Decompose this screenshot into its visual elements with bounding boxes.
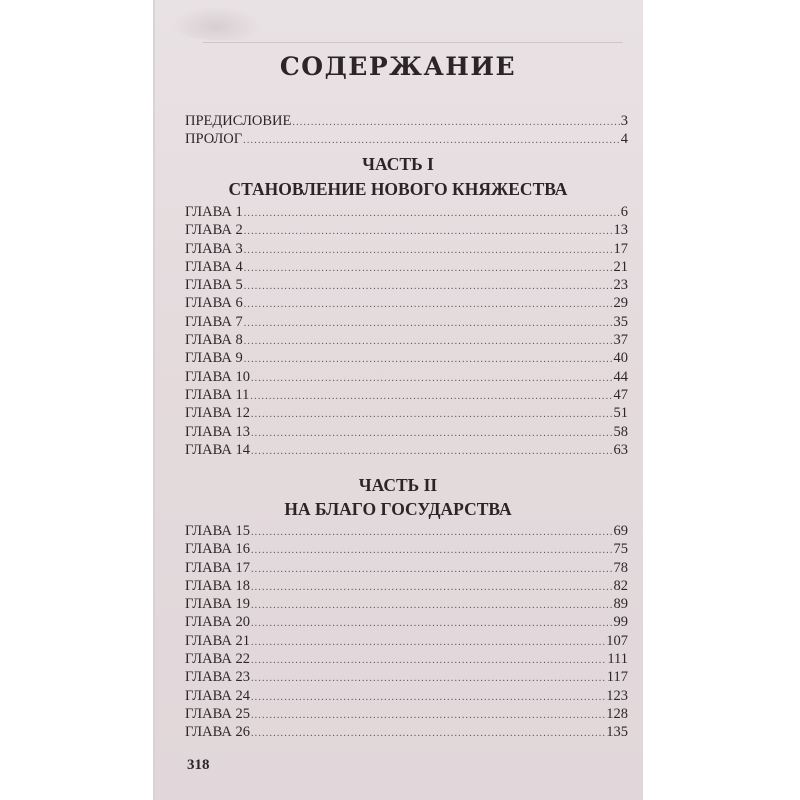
toc-entry[interactable]: ГЛАВА 1251 — [185, 404, 628, 422]
toc-entry-label: ГЛАВА 9 — [185, 349, 243, 367]
toc-entry[interactable]: ГЛАВА 523 — [185, 276, 628, 294]
book-page: СОДЕРЖАНИЕ ПРЕДИСЛОВИЕ3ПРОЛОГ4 ЧАСТЬ I С… — [153, 0, 643, 800]
dot-leader — [251, 689, 605, 707]
dot-leader — [251, 725, 605, 743]
toc-entry[interactable]: ГЛАВА 1044 — [185, 368, 628, 386]
dot-leader — [251, 561, 613, 579]
header-rule — [203, 42, 623, 43]
toc-entry-label: ГЛАВА 12 — [185, 404, 250, 422]
toc-entry-page: 117 — [607, 668, 628, 686]
toc-entry-page: 89 — [614, 595, 629, 613]
toc-entry[interactable]: ГЛАВА 16 — [185, 203, 628, 221]
dot-leader — [251, 652, 606, 670]
dot-leader — [251, 370, 613, 388]
toc-entry-label: ГЛАВА 4 — [185, 258, 243, 276]
toc-entry-page: 4 — [621, 130, 628, 148]
toc-entry-label: ГЛАВА 13 — [185, 423, 250, 441]
toc-entry-label: ГЛАВА 23 — [185, 668, 250, 686]
toc-entry-label: ГЛАВА 7 — [185, 313, 243, 331]
toc-entry-label: ГЛАВА 18 — [185, 577, 250, 595]
toc-entry-page: 111 — [607, 650, 628, 668]
toc-entry-label: ГЛАВА 17 — [185, 559, 250, 577]
toc-entry-label: ГЛАВА 14 — [185, 441, 250, 459]
page-title: СОДЕРЖАНИЕ — [153, 52, 643, 81]
toc-entry[interactable]: ГЛАВА 26135 — [185, 723, 628, 741]
toc-entry[interactable]: ГЛАВА 1989 — [185, 595, 628, 613]
toc-entry-label: ГЛАВА 15 — [185, 522, 250, 540]
dot-leader — [251, 707, 605, 725]
toc-entry-page: 40 — [614, 349, 629, 367]
toc-entry[interactable]: ГЛАВА 735 — [185, 313, 628, 331]
dot-leader — [244, 260, 613, 278]
toc-entry-page: 63 — [614, 441, 629, 459]
dot-leader — [250, 388, 612, 406]
toc-entry-page: 135 — [606, 723, 628, 741]
toc-entry-page: 37 — [614, 331, 629, 349]
dot-leader — [244, 351, 613, 369]
dot-leader — [251, 443, 613, 461]
dot-leader — [244, 278, 613, 296]
toc-entry-label: ГЛАВА 2 — [185, 221, 243, 239]
dot-leader — [244, 333, 613, 351]
dot-leader — [251, 542, 613, 560]
toc-entry[interactable]: ПРЕДИСЛОВИЕ3 — [185, 112, 628, 130]
toc-entry[interactable]: ГЛАВА 1882 — [185, 577, 628, 595]
dot-leader — [243, 132, 620, 150]
toc-entry-label: ГЛАВА 21 — [185, 632, 250, 650]
toc-entry-page: 13 — [614, 221, 629, 239]
toc-entry[interactable]: ГЛАВА 317 — [185, 240, 628, 258]
toc-entry-label: ГЛАВА 26 — [185, 723, 250, 741]
toc-entry[interactable]: ГЛАВА 1358 — [185, 423, 628, 441]
toc-entry[interactable]: ГЛАВА 940 — [185, 349, 628, 367]
dot-leader — [251, 670, 606, 688]
toc-entry[interactable]: ГЛАВА 1147 — [185, 386, 628, 404]
part-1-chapter-list: ГЛАВА 16ГЛАВА 213ГЛАВА 317ГЛАВА 421ГЛАВА… — [185, 203, 628, 459]
toc-entry-page: 6 — [621, 203, 628, 221]
toc-entry[interactable]: ГЛАВА 23117 — [185, 668, 628, 686]
toc-entry-page: 3 — [621, 112, 628, 130]
dot-leader — [244, 296, 613, 314]
dot-leader — [251, 615, 613, 633]
toc-entry-page: 47 — [614, 386, 629, 404]
toc-entry[interactable]: ГЛАВА 22111 — [185, 650, 628, 668]
toc-entry[interactable]: ГЛАВА 1778 — [185, 559, 628, 577]
toc-entry[interactable]: ГЛАВА 421 — [185, 258, 628, 276]
page-number: 318 — [187, 757, 210, 774]
part-1-label: ЧАСТЬ I — [153, 153, 643, 175]
dot-leader — [244, 205, 620, 223]
toc-entry-label: ГЛАВА 3 — [185, 240, 243, 258]
dot-leader — [244, 223, 613, 241]
toc-entry[interactable]: ГЛАВА 629 — [185, 294, 628, 312]
toc-entry[interactable]: ГЛАВА 1463 — [185, 441, 628, 459]
front-matter-list: ПРЕДИСЛОВИЕ3ПРОЛОГ4 — [185, 112, 628, 149]
toc-entry-page: 51 — [614, 404, 629, 422]
toc-entry-page: 29 — [614, 294, 629, 312]
toc-entry-page: 35 — [614, 313, 629, 331]
toc-entry-page: 69 — [614, 522, 629, 540]
toc-entry-page: 75 — [614, 540, 629, 558]
dot-leader — [251, 425, 613, 443]
toc-entry[interactable]: ГЛАВА 837 — [185, 331, 628, 349]
toc-entry[interactable]: ГЛАВА 2099 — [185, 613, 628, 631]
toc-entry-label: ПРЕДИСЛОВИЕ — [185, 112, 291, 130]
toc-entry-page: 128 — [606, 705, 628, 723]
toc-entry-page: 99 — [614, 613, 629, 631]
dot-leader — [292, 114, 619, 132]
toc-entry-page: 21 — [614, 258, 629, 276]
part-2-title: НА БЛАГО ГОСУДАРСТВА — [153, 498, 643, 520]
part-2-chapter-list: ГЛАВА 1569ГЛАВА 1675ГЛАВА 1778ГЛАВА 1882… — [185, 522, 628, 742]
toc-entry-page: 17 — [614, 240, 629, 258]
toc-entry[interactable]: ГЛАВА 1569 — [185, 522, 628, 540]
dot-leader — [251, 524, 613, 542]
toc-entry-label: ГЛАВА 24 — [185, 687, 250, 705]
toc-entry-page: 107 — [606, 632, 628, 650]
toc-entry-label: ГЛАВА 19 — [185, 595, 250, 613]
toc-entry-label: ГЛАВА 16 — [185, 540, 250, 558]
toc-entry-label: ГЛАВА 11 — [185, 386, 249, 404]
toc-entry-page: 78 — [614, 559, 629, 577]
dot-leader — [251, 634, 605, 652]
toc-entry-label: ГЛАВА 25 — [185, 705, 250, 723]
toc-entry[interactable]: ГЛАВА 213 — [185, 221, 628, 239]
header-ornament-icon — [171, 6, 261, 40]
dot-leader — [251, 406, 613, 424]
toc-entry[interactable]: ГЛАВА 21107 — [185, 632, 628, 650]
toc-entry-label: ГЛАВА 22 — [185, 650, 250, 668]
toc-entry[interactable]: ПРОЛОГ4 — [185, 130, 628, 148]
dot-leader — [244, 315, 613, 333]
toc-entry-label: ГЛАВА 10 — [185, 368, 250, 386]
part-2-label: ЧАСТЬ II — [153, 474, 643, 496]
toc-entry-label: ГЛАВА 1 — [185, 203, 243, 221]
toc-entry-page: 23 — [614, 276, 629, 294]
toc-entry-label: ГЛАВА 8 — [185, 331, 243, 349]
dot-leader — [251, 579, 613, 597]
toc-entry-page: 123 — [606, 687, 628, 705]
toc-entry[interactable]: ГЛАВА 1675 — [185, 540, 628, 558]
dot-leader — [251, 597, 613, 615]
toc-entry-label: ГЛАВА 6 — [185, 294, 243, 312]
toc-entry-label: ПРОЛОГ — [185, 130, 242, 148]
toc-entry-page: 44 — [614, 368, 629, 386]
dot-leader — [244, 242, 613, 260]
toc-entry[interactable]: ГЛАВА 25128 — [185, 705, 628, 723]
toc-entry-label: ГЛАВА 5 — [185, 276, 243, 294]
toc-entry-label: ГЛАВА 20 — [185, 613, 250, 631]
toc-entry-page: 82 — [614, 577, 629, 595]
part-1-title: СТАНОВЛЕНИЕ НОВОГО КНЯЖЕСТВА — [153, 178, 643, 200]
toc-entry-page: 58 — [614, 423, 629, 441]
toc-entry[interactable]: ГЛАВА 24123 — [185, 687, 628, 705]
